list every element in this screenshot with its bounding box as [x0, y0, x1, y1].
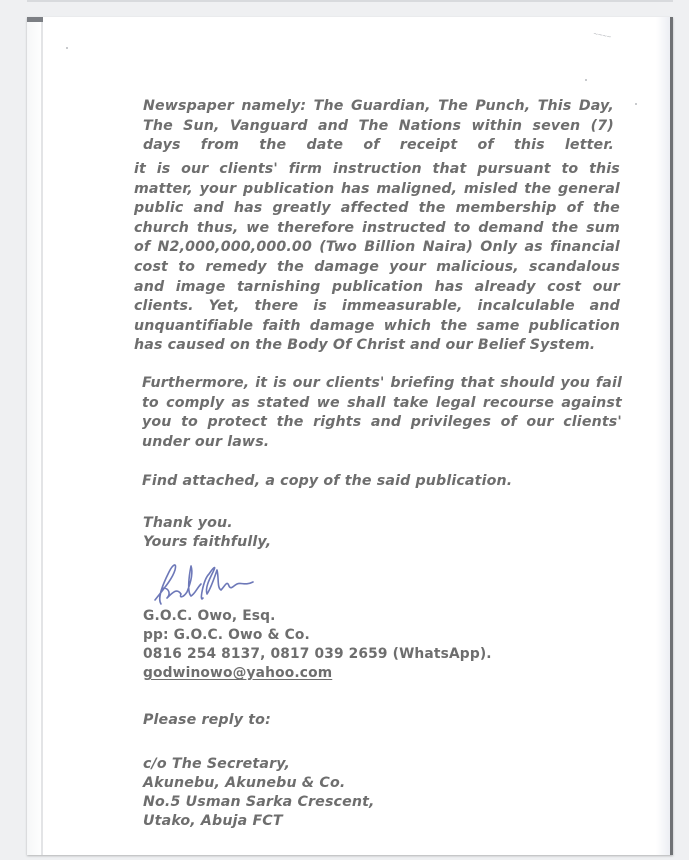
address-line: c/o The Secretary,: [143, 755, 375, 774]
paragraph-newspapers: Newspapernamely:TheGuardian,ThePunch,Thi…: [143, 97, 614, 156]
paragraph-attachment: Find attached, a copy of the said public…: [142, 472, 512, 492]
viewer-top-bar: [27, 0, 673, 2]
page-binding-edge: [41, 17, 43, 855]
signatory-phones: 0816 254 8137, 0817 039 2659 (WhatsApp).: [143, 645, 492, 664]
scan-speck: [585, 79, 587, 81]
text-line: ofN2,000,000,000.00(TwoBillionNaira)Only…: [134, 238, 620, 258]
text-line: matter,yourpublicationhasmaligned,misled…: [134, 180, 620, 200]
signature-icon: [147, 558, 267, 608]
text-line: andimagetarnishingpublicationhasalreadyc…: [134, 278, 620, 298]
thank-you-text: Thank you.: [143, 514, 271, 533]
text-line: Furthermore,itisourclients'briefingthats…: [142, 374, 622, 394]
text-line: Newspapernamely:TheGuardian,ThePunch,Thi…: [143, 97, 614, 117]
signatory-name: G.O.C. Owo, Esq.: [143, 607, 492, 626]
paragraph-demand: itisourclients'firminstructionthatpursua…: [134, 160, 620, 356]
text-line: under our laws.: [142, 433, 622, 453]
signatory-firm: pp: G.O.C. Owo & Co.: [143, 626, 492, 645]
text-line: churchthus,wethereforeinstructedtodemand…: [134, 219, 620, 239]
address-line: No.5 Usman Sarka Crescent,: [143, 793, 375, 812]
text-line: youtoprotecttherightsandprivilegesofourc…: [142, 413, 622, 433]
page-right-border: [670, 17, 673, 855]
text-line: days from the date of receipt of this le…: [143, 136, 614, 156]
text-line: has caused on the Body Of Christ and our…: [134, 336, 620, 356]
scan-speck: [635, 103, 637, 105]
page-corner-shadow: [27, 17, 43, 22]
text-line: TheSun,VanguardandTheNationswithinseven(…: [143, 117, 614, 137]
signatory-email-link[interactable]: godwinowo@yahoo.com: [143, 664, 492, 683]
text-line: publicandhasgreatlyaffectedthemembership…: [134, 199, 620, 219]
text-line: clients.Yet,thereisimmeasurable,incalcul…: [134, 297, 620, 317]
scan-mark: ~~~~: [592, 30, 611, 41]
text-line: tocomplyasstatedweshalltakelegalrecourse…: [142, 394, 622, 414]
text-line: itisourclients'firminstructionthatpursua…: [134, 160, 620, 180]
address-line: Akunebu, Akunebu & Co.: [143, 774, 375, 793]
scan-speck: [66, 47, 68, 49]
reply-address: c/o The Secretary, Akunebu, Akunebu & Co…: [143, 755, 375, 831]
reply-heading: Please reply to:: [143, 711, 271, 731]
paragraph-legal-recourse: Furthermore,itisourclients'briefingthats…: [142, 374, 622, 452]
signatory-block: G.O.C. Owo, Esq. pp: G.O.C. Owo & Co. 08…: [143, 607, 492, 683]
page-right-shadow: [656, 17, 670, 855]
reply-heading-text: Please reply to:: [143, 711, 271, 731]
text-line: unquantifiablefaithdamagewhichthesamepub…: [134, 317, 620, 337]
address-line: Utako, Abuja FCT: [143, 812, 375, 831]
valediction-text: Yours faithfully,: [143, 533, 271, 552]
closing: Thank you. Yours faithfully,: [143, 514, 271, 552]
text-line: costtoremedythedamageyourmalicious,scand…: [134, 258, 620, 278]
text-line: Find attached, a copy of the said public…: [142, 472, 512, 492]
